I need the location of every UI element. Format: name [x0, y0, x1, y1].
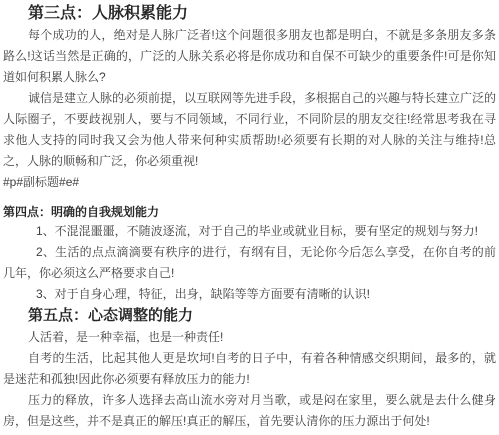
article-page: 第三点：人脉积累能力 每个成功的人，绝对是人脉广泛者!这个问题很多朋友也都是明白…	[0, 0, 499, 435]
section3-heading: 第三点：人脉积累能力	[3, 3, 496, 25]
section5-paragraph-3: 压力的释放，许多人选择去高山流水旁对月当歌，或是闷在家里，要么就是去什么健身房，…	[3, 390, 496, 432]
section5-paragraph-2: 自考的生活，比起其他人更是坎坷!自考的日子中，有着各种情感交织期间，最多的，就是…	[3, 348, 496, 390]
section5-paragraph-1: 人活着，是一种幸福，也是一种责任!	[3, 327, 496, 348]
section3-paragraph-1: 每个成功的人，绝对是人脉广泛者!这个问题很多朋友也都是明白，不就是多条朋友多条路…	[3, 25, 496, 88]
section4-heading: 第四点：明确的自我规划能力	[3, 204, 496, 221]
section4-list-item-1: 1、不混混噩噩，不随波逐流，对于自己的毕业或就业目标，要有坚定的规划与努力!	[3, 221, 496, 242]
section3-paragraph-2: 诚信是建立人脉的必须前提，以互联网等先进手段，多根据自己的兴趣与特长建立广泛的人…	[3, 88, 496, 172]
subtitle-marker: #p#副标题#e#	[3, 172, 496, 193]
section4-list-item-3: 3、对于自身心理，特征，出身，缺陷等等方面要有清晰的认识!	[3, 284, 496, 305]
section4-list-item-2: 2、生活的点点滴滴要有秩序的进行，有纲有目，无论你今后怎么享受，在你自考的前几年…	[3, 242, 496, 284]
section5-heading: 第五点：心态调整的能力	[3, 305, 496, 327]
